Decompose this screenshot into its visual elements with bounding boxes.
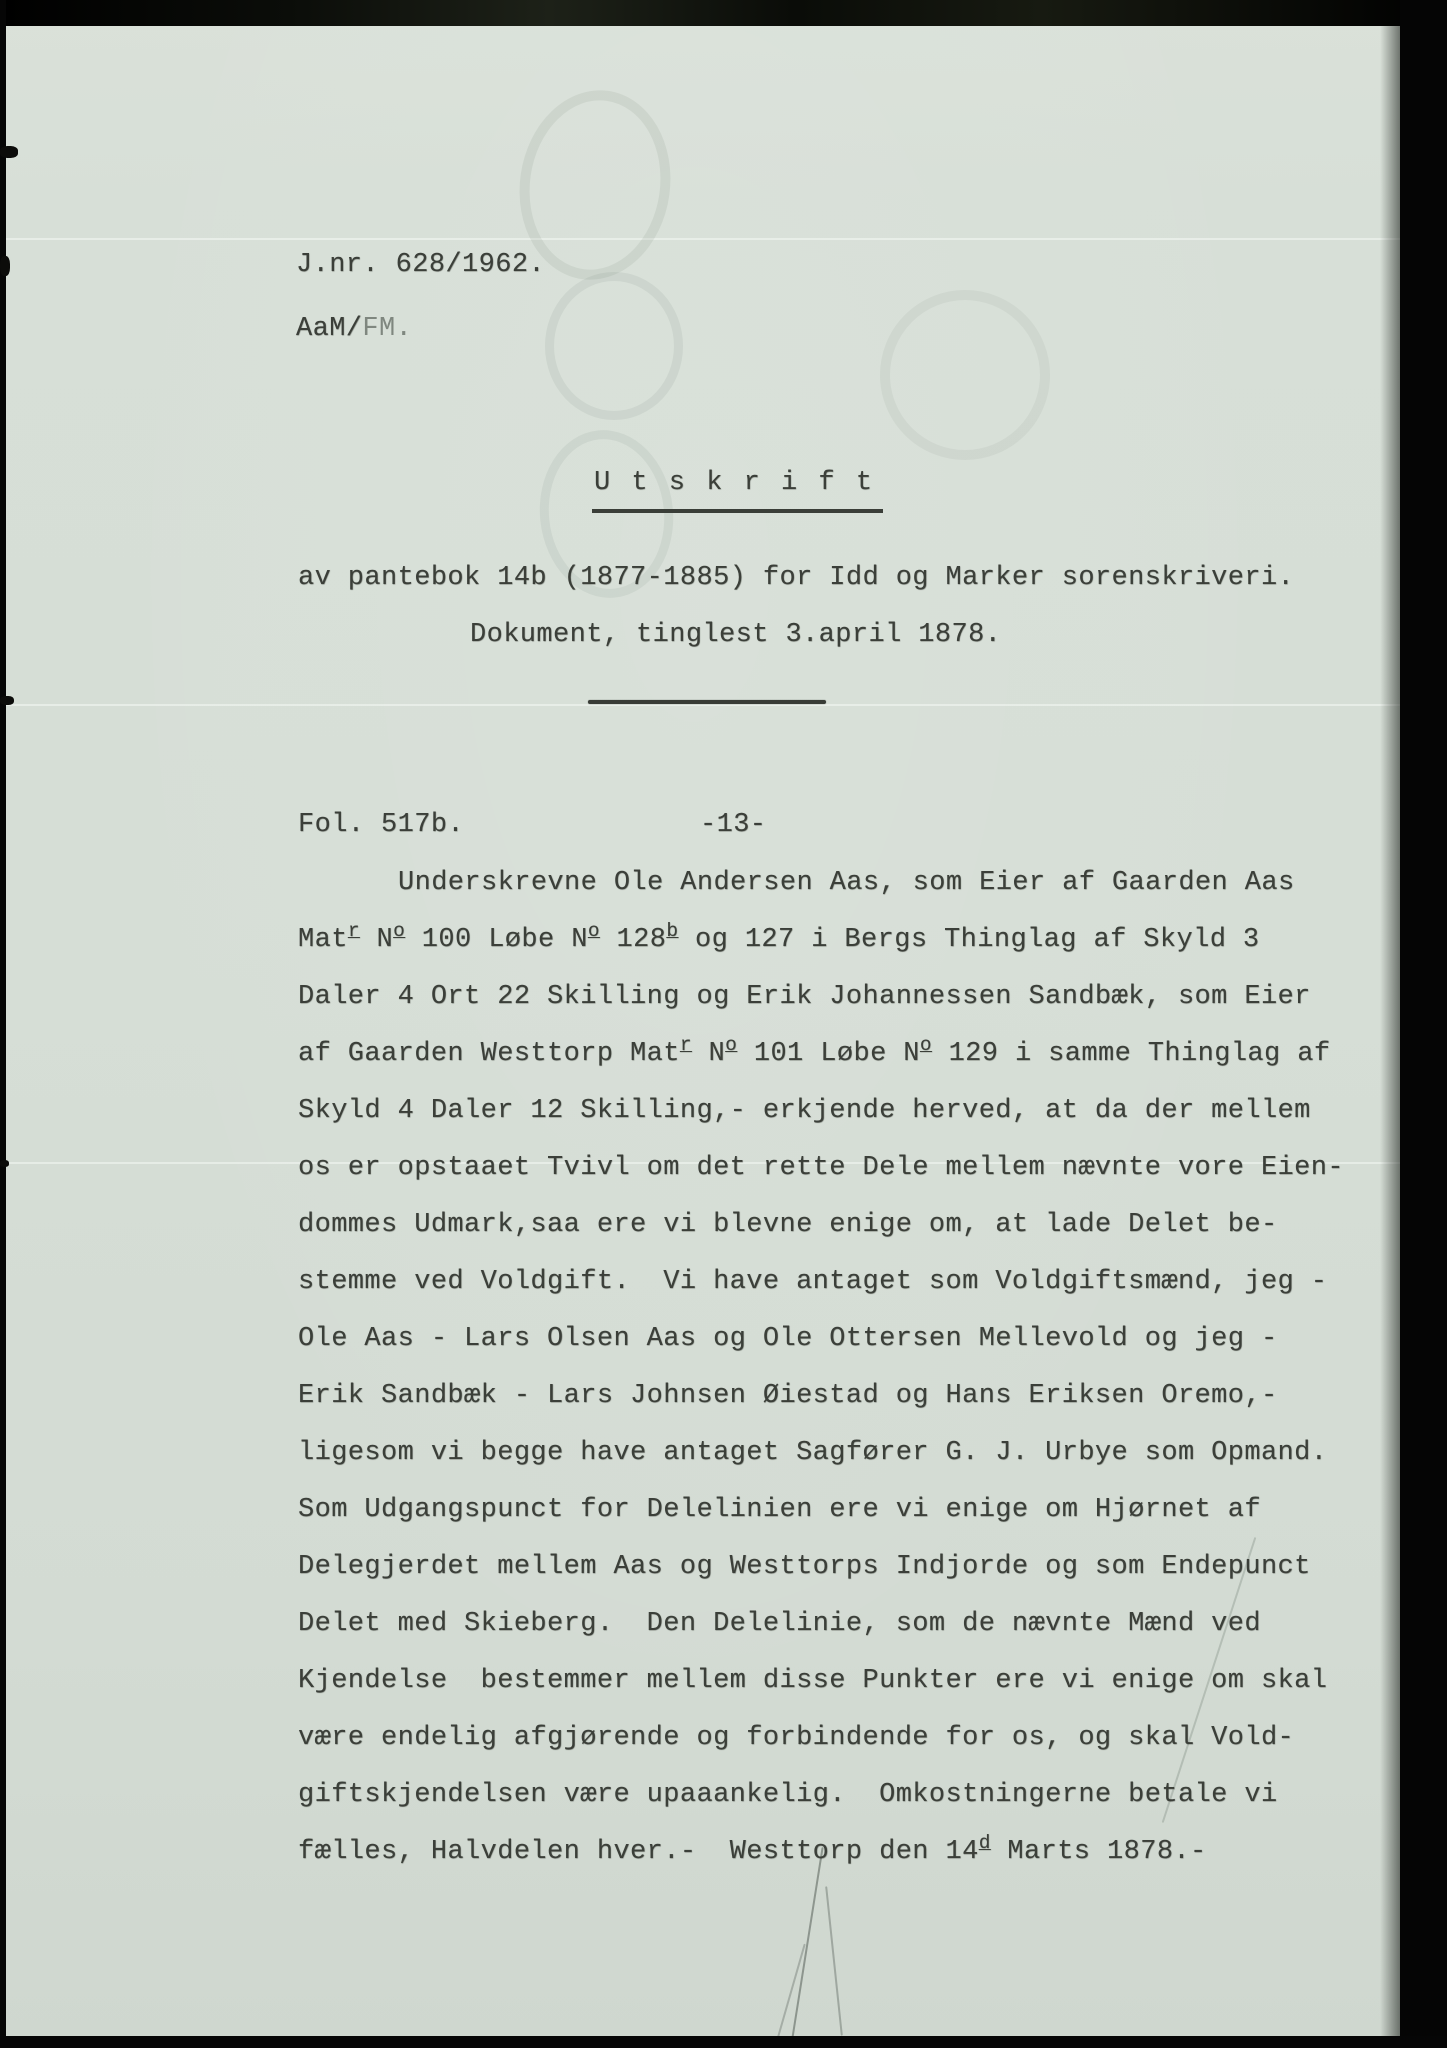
- edge-smudge: [0, 146, 18, 158]
- text-line: være endelig afgjørende og forbindende f…: [298, 1723, 1344, 1780]
- journal-number: J.nr. 628/1962.: [296, 250, 545, 281]
- text-line: Skyld 4 Daler 12 Skilling,- erkjende her…: [298, 1096, 1344, 1153]
- edge-smudge: [0, 256, 10, 276]
- pencil-scribble: [825, 1886, 843, 2035]
- text-line: af Gaarden Westtorp Matr No 101 Løbe No …: [298, 1039, 1344, 1096]
- paper-crease: [6, 238, 1400, 240]
- text-line: Ole Aas - Lars Olsen Aas og Ole Ottersen…: [298, 1324, 1344, 1381]
- text-line: Som Udgangspunct for Delelinien ere vi e…: [298, 1495, 1344, 1552]
- paper-edge-shadow: [1380, 0, 1400, 2048]
- text-line: dommes Udmark,saa ere vi blevne enige om…: [298, 1210, 1344, 1267]
- text-line: stemme ved Voldgift. Vi have antaget som…: [298, 1267, 1344, 1324]
- edge-smudge: [0, 1160, 9, 1167]
- clerk-initials-primary: AaM/: [296, 314, 362, 344]
- subtitle-source-line: av pantebok 14b (1877-1885) for Idd og M…: [298, 563, 1294, 594]
- edge-smudge: [0, 696, 14, 705]
- scanned-document-page: J.nr. 628/1962. AaM/FM. U t s k r i f t …: [0, 0, 1447, 2048]
- text-line: Delet med Skieberg. Den Delelinie, som d…: [298, 1609, 1344, 1666]
- scan-border-top: [0, 0, 1447, 26]
- text-line: ligesom vi begge have antaget Sagfører G…: [298, 1438, 1344, 1495]
- pencil-scribble: [776, 1944, 805, 2041]
- document-title: U t s k r i f t: [592, 468, 883, 513]
- clerk-initials: AaM/FM.: [296, 314, 412, 345]
- scan-border-right: [1400, 0, 1447, 2048]
- subtitle-date-line: Dokument, tinglest 3.april 1878.: [470, 620, 1001, 651]
- text-line: Erik Sandbæk - Lars Johnsen Øiestad og H…: [298, 1381, 1344, 1438]
- text-line: Kjendelse bestemmer mellem disse Punkter…: [298, 1666, 1344, 1723]
- scan-border-left: [0, 0, 6, 2048]
- text-line: Delegjerdet mellem Aas og Westtorps Indj…: [298, 1552, 1344, 1609]
- text-line: os er opstaaet Tvivl om det rette Dele m…: [298, 1153, 1344, 1210]
- text-line: Matr No 100 Løbe No 128b og 127 i Bergs …: [298, 925, 1344, 982]
- text-line: giftskjendelsen være upaaankelig. Omkost…: [298, 1780, 1344, 1837]
- page-number-marker: -13-: [700, 810, 766, 841]
- divider-rule: [588, 700, 826, 704]
- text-line: fælles, Halvdelen hver.- Westtorp den 14…: [298, 1837, 1344, 1894]
- watermark-ghost: [880, 290, 1050, 460]
- document-body-text: Underskrevne Ole Andersen Aas, som Eier …: [298, 868, 1344, 1894]
- watermark-ghost: [545, 272, 683, 420]
- clerk-initials-secondary: FM.: [362, 314, 412, 344]
- text-line: Underskrevne Ole Andersen Aas, som Eier …: [298, 868, 1344, 925]
- text-line: Daler 4 Ort 22 Skilling og Erik Johannes…: [298, 982, 1344, 1039]
- paper-crease: [6, 704, 1400, 706]
- scan-border-bottom: [0, 2036, 1447, 2048]
- folio-reference: Fol. 517b.: [298, 810, 464, 841]
